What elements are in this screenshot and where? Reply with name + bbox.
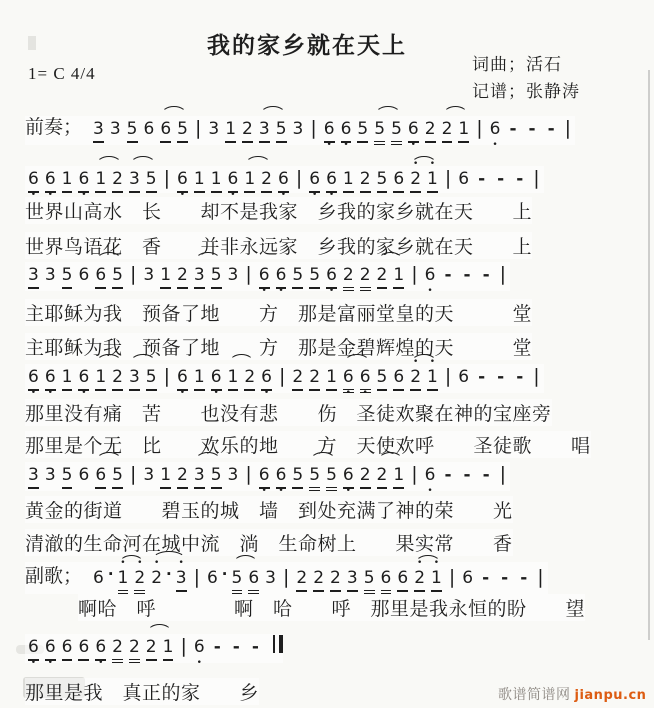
note: 3 <box>129 167 140 193</box>
note: 2 <box>134 566 145 594</box>
note: 6 <box>393 365 404 391</box>
note: 1 <box>118 566 129 594</box>
note: 2 <box>313 566 324 592</box>
scan-edge-line <box>648 70 650 640</box>
barline: | <box>533 166 539 190</box>
barline: | <box>164 166 170 190</box>
note: 6 <box>360 365 371 393</box>
dash: - <box>478 167 485 191</box>
dash: - <box>497 365 504 389</box>
credit-composer: 词曲；活石 <box>472 51 580 78</box>
line-verse3-lyrics: 主耶稣为我 预备了地 方 那是富丽堂皇的天 堂 <box>25 299 532 326</box>
note: 5 <box>146 365 157 391</box>
note: 6 <box>78 365 89 391</box>
note: 6 <box>177 167 188 193</box>
barline: | <box>130 262 136 286</box>
dash: - <box>233 635 240 659</box>
barline: | <box>310 116 316 140</box>
slur-group: 21 <box>411 566 445 592</box>
note: 6 <box>144 117 155 141</box>
note: 1 <box>194 167 205 193</box>
note: 5 <box>377 167 388 193</box>
dash: - <box>548 117 555 141</box>
note: 6 <box>62 635 73 661</box>
key-signature: 1= C 4/4 <box>28 64 96 84</box>
barline: | <box>245 262 251 286</box>
barline: | <box>476 116 482 140</box>
note: 6 <box>343 365 354 393</box>
slur-group: 21 <box>374 263 408 289</box>
note: 3 <box>228 263 239 287</box>
note: 3 <box>265 566 276 590</box>
dash: - <box>214 635 221 659</box>
note: 6 <box>248 566 259 594</box>
final-barline <box>273 635 283 653</box>
note: 1 <box>95 365 106 391</box>
line-verse-b-notes: 335665|312353|665562221|6---| <box>25 262 510 291</box>
barline: | <box>164 364 170 388</box>
note: 1 <box>228 365 239 391</box>
note: 3 <box>93 117 104 143</box>
note: 6 <box>458 365 469 389</box>
note: 1 <box>431 566 442 592</box>
note: 2 <box>410 365 421 391</box>
note: 2 <box>410 167 421 193</box>
dash: - <box>478 365 485 389</box>
note: 2 <box>296 566 307 592</box>
note: 3 <box>293 117 304 141</box>
slur-group: 35 <box>191 263 225 289</box>
note: 5 <box>364 566 375 594</box>
line-intro: 前奏；335665|312353|665556221|6---| <box>25 116 575 145</box>
barline: | <box>445 364 451 388</box>
note: 5 <box>127 117 138 143</box>
note: 3 <box>110 117 121 141</box>
note: 2 <box>146 635 157 661</box>
note: 3 <box>28 463 39 489</box>
note: 6 <box>95 263 106 289</box>
barline: | <box>195 116 201 140</box>
note: 6 <box>408 117 419 143</box>
note: 5 <box>177 117 188 143</box>
note: 6 <box>259 463 270 489</box>
watermark-site-name: 歌谱简谱网 <box>498 688 571 703</box>
slur-group: 12 <box>92 167 126 193</box>
note: 3 <box>143 463 154 487</box>
note: 5 <box>232 566 243 594</box>
slur-group: 35 <box>191 463 225 489</box>
note: 1 <box>393 463 404 489</box>
barline: | <box>194 565 200 589</box>
note: 2 <box>442 117 453 143</box>
note: 3 <box>228 463 239 487</box>
note: 6 <box>309 167 320 193</box>
slur-group: 21 <box>143 635 177 661</box>
note: 1 <box>163 635 174 661</box>
note: 3 <box>259 117 270 143</box>
slur-group: 55 <box>371 117 405 145</box>
note: 6 <box>326 167 337 193</box>
note: 6 <box>425 263 436 287</box>
slur-group: 21 <box>407 365 441 391</box>
section-label: 前奏； <box>25 117 82 138</box>
note: 3 <box>347 566 358 592</box>
note: 6 <box>278 167 289 193</box>
note: 5 <box>309 463 320 491</box>
slur-group: 12 <box>115 566 149 594</box>
note: 3 <box>45 463 56 487</box>
dash: - <box>464 463 471 487</box>
note: 5 <box>112 463 123 489</box>
line-chorus-notes: 副歌；6·122·3|6·563|222356621|6---| <box>25 562 548 594</box>
note: 5 <box>146 167 157 193</box>
note: 1 <box>62 365 73 391</box>
slur-group: 21 <box>374 463 408 489</box>
dash: - <box>444 263 451 287</box>
slur-group: 2·3 <box>148 562 189 592</box>
dash: - <box>252 635 259 659</box>
note: 2 <box>330 566 341 592</box>
note: 2 <box>112 167 123 193</box>
note: 5 <box>211 463 222 489</box>
slur-group: 56 <box>229 566 263 594</box>
dash: - <box>516 167 523 191</box>
note: 1 <box>343 167 354 193</box>
note: 1 <box>194 365 205 391</box>
note: 2 <box>343 263 354 291</box>
note: 1 <box>427 167 438 193</box>
note: 5 <box>309 263 320 289</box>
note: 6 <box>194 635 205 659</box>
note: 6 <box>78 635 89 661</box>
note: 3 <box>194 263 205 289</box>
line-coda-lyrics: 那里是我 真正的家 乡 <box>25 678 259 705</box>
note: 6 <box>425 463 436 487</box>
note: 1 <box>427 365 438 391</box>
note: 3 <box>28 263 39 289</box>
section-label: 副歌； <box>25 566 82 587</box>
credits: 词曲；活石 记谱；张静涛 <box>472 51 580 105</box>
note: 5 <box>357 117 368 143</box>
slur-group: 65 <box>92 463 126 489</box>
dash: - <box>520 566 527 590</box>
note: 6 <box>259 263 270 289</box>
note: 3 <box>45 263 56 287</box>
barline: | <box>245 462 251 486</box>
note: 1 <box>95 167 106 193</box>
note: 1 <box>160 263 171 289</box>
note: 5 <box>211 263 222 289</box>
note: 6 <box>397 566 408 592</box>
barline: | <box>283 565 289 589</box>
note: 6 <box>78 167 89 193</box>
note: 2 <box>244 365 255 391</box>
note: 3 <box>208 117 219 141</box>
note: 6 <box>261 365 272 391</box>
barline: | <box>500 262 506 286</box>
note: 6 <box>276 263 287 289</box>
slur-group: 35 <box>126 167 160 193</box>
line-verse-c-notes: 66161235|616126|221665621|6---| <box>25 364 544 393</box>
barline: | <box>296 166 302 190</box>
slur-group: 65 <box>157 117 191 143</box>
note: 6 <box>276 463 287 489</box>
note: 6 <box>326 263 337 289</box>
slur-group: 35 <box>256 117 290 143</box>
note: 1 <box>393 263 404 289</box>
line-verse7-lyrics: 黄金的街道 碧玉的城 墙 到处充满了神的荣 光 <box>25 496 513 523</box>
line-chorus-lyrics: 啊哈 呼 啊 哈 呼 那里是我永恒的盼 望 <box>78 594 585 621</box>
note: 1 <box>211 167 222 193</box>
slur-group: 12 <box>225 365 259 391</box>
note: 1 <box>62 167 73 193</box>
barline: | <box>279 364 285 388</box>
dash: - <box>509 117 516 141</box>
note: 6 <box>490 117 501 141</box>
note: 6 <box>95 635 106 661</box>
note: 6 <box>228 167 239 193</box>
slur-group: 12 <box>92 365 126 391</box>
note: 3 <box>194 463 205 489</box>
barline: | <box>500 462 506 486</box>
barline: | <box>180 634 186 658</box>
dash: - <box>482 566 489 590</box>
slur-group: 21 <box>407 167 441 193</box>
dash: - <box>501 566 508 590</box>
note: 1 <box>458 117 469 143</box>
dash: - <box>483 463 490 487</box>
barline: | <box>565 116 571 140</box>
augmentation-dot: · <box>108 562 114 586</box>
note: 6 <box>341 117 352 143</box>
note: 5 <box>326 463 337 491</box>
note: 5 <box>377 365 388 391</box>
note: 2 <box>112 635 123 663</box>
note: 2 <box>425 117 436 143</box>
dash: - <box>444 463 451 487</box>
line-verse1-lyrics: 世界山高水 长 却不是我家 乡我的家乡就在天 上 <box>25 197 532 224</box>
note: 2 <box>309 365 320 391</box>
note: 6 <box>45 167 56 193</box>
note: 5 <box>62 263 73 289</box>
dash: - <box>483 263 490 287</box>
barline: | <box>449 565 455 589</box>
note: 2 <box>151 566 162 590</box>
note: 2 <box>261 167 272 193</box>
augmentation-dot: · <box>166 562 172 586</box>
dash: - <box>529 117 536 141</box>
note: 2 <box>414 566 425 592</box>
barline: | <box>537 565 543 589</box>
slur-group: 66 <box>340 365 374 393</box>
note: 6 <box>78 263 89 287</box>
note: 2 <box>360 167 371 193</box>
barline: | <box>445 166 451 190</box>
note: 2 <box>177 463 188 489</box>
note: 5 <box>391 117 402 145</box>
note: 6 <box>28 635 39 661</box>
note: 6 <box>458 167 469 191</box>
note: 1 <box>225 117 236 143</box>
note: 2 <box>360 463 371 489</box>
dash: - <box>516 365 523 389</box>
note: 1 <box>160 463 171 489</box>
dash: - <box>464 263 471 287</box>
augmentation-dot: · <box>222 562 228 586</box>
note: 1 <box>326 365 337 391</box>
watermark: 歌谱简谱网 jianpu.cn <box>498 684 646 704</box>
note: 1 <box>244 167 255 193</box>
note: 6 <box>45 635 56 661</box>
note: 5 <box>112 263 123 289</box>
note: 5 <box>292 263 303 289</box>
line-verse-a-notes: 66161235|6116126|66125621|6---| <box>25 166 544 193</box>
line-verse-d-notes: 335665|312353|665556221|6---| <box>25 462 510 491</box>
barline: | <box>411 462 417 486</box>
note: 6 <box>211 365 222 391</box>
note: 6 <box>28 365 39 391</box>
note: 2 <box>242 117 253 143</box>
slur-group: 65 <box>92 263 126 289</box>
note: 6 <box>93 566 104 590</box>
barline: | <box>411 262 417 286</box>
note: 6 <box>160 117 171 143</box>
note: 6 <box>95 463 106 489</box>
slur-group: 35 <box>126 365 160 391</box>
note: 3 <box>143 263 154 287</box>
note: 3 <box>129 365 140 391</box>
note: 6 <box>207 566 218 590</box>
barline: | <box>533 364 539 388</box>
note: 6 <box>381 566 392 594</box>
line-verse8-lyrics: 清澈的生命河在城中流 淌 生命树上 果实常 香 <box>25 529 513 556</box>
note: 5 <box>62 463 73 489</box>
note: 6 <box>45 365 56 391</box>
credit-transcriber: 记谱；张静涛 <box>472 78 580 105</box>
note: 6 <box>28 167 39 193</box>
slur-group: 55 <box>306 463 340 491</box>
note: 3 <box>176 566 187 592</box>
note: 2 <box>292 365 303 391</box>
note: 2 <box>377 263 388 289</box>
note: 5 <box>276 117 287 143</box>
slur-group: 12 <box>241 167 275 193</box>
note: 2 <box>112 365 123 391</box>
note: 6 <box>393 167 404 193</box>
note: 2 <box>129 635 140 663</box>
barline: | <box>130 462 136 486</box>
note: 6 <box>78 463 89 487</box>
slur-group: 21 <box>439 117 473 143</box>
line-verse5-lyrics: 那里没有痛 苦 也没有悲 伤 圣徒欢聚在神的宝座旁 <box>25 399 552 426</box>
note: 5 <box>292 463 303 489</box>
note: 2 <box>177 263 188 289</box>
note: 6 <box>177 365 188 391</box>
sheet-music-page: 我的家乡就在天上 1= C 4/4 词曲；活石 记谱；张静涛 前奏；335665… <box>0 0 654 708</box>
watermark-site-url: jianpu.cn <box>575 688 647 703</box>
note: 2 <box>377 463 388 489</box>
line-coda-notes: 666662221|6--- <box>25 634 283 663</box>
dash: - <box>497 167 504 191</box>
note: 6 <box>462 566 473 590</box>
note: 5 <box>374 117 385 145</box>
note: 6 <box>324 117 335 143</box>
note: 2 <box>360 263 371 291</box>
note: 6 <box>343 463 354 489</box>
